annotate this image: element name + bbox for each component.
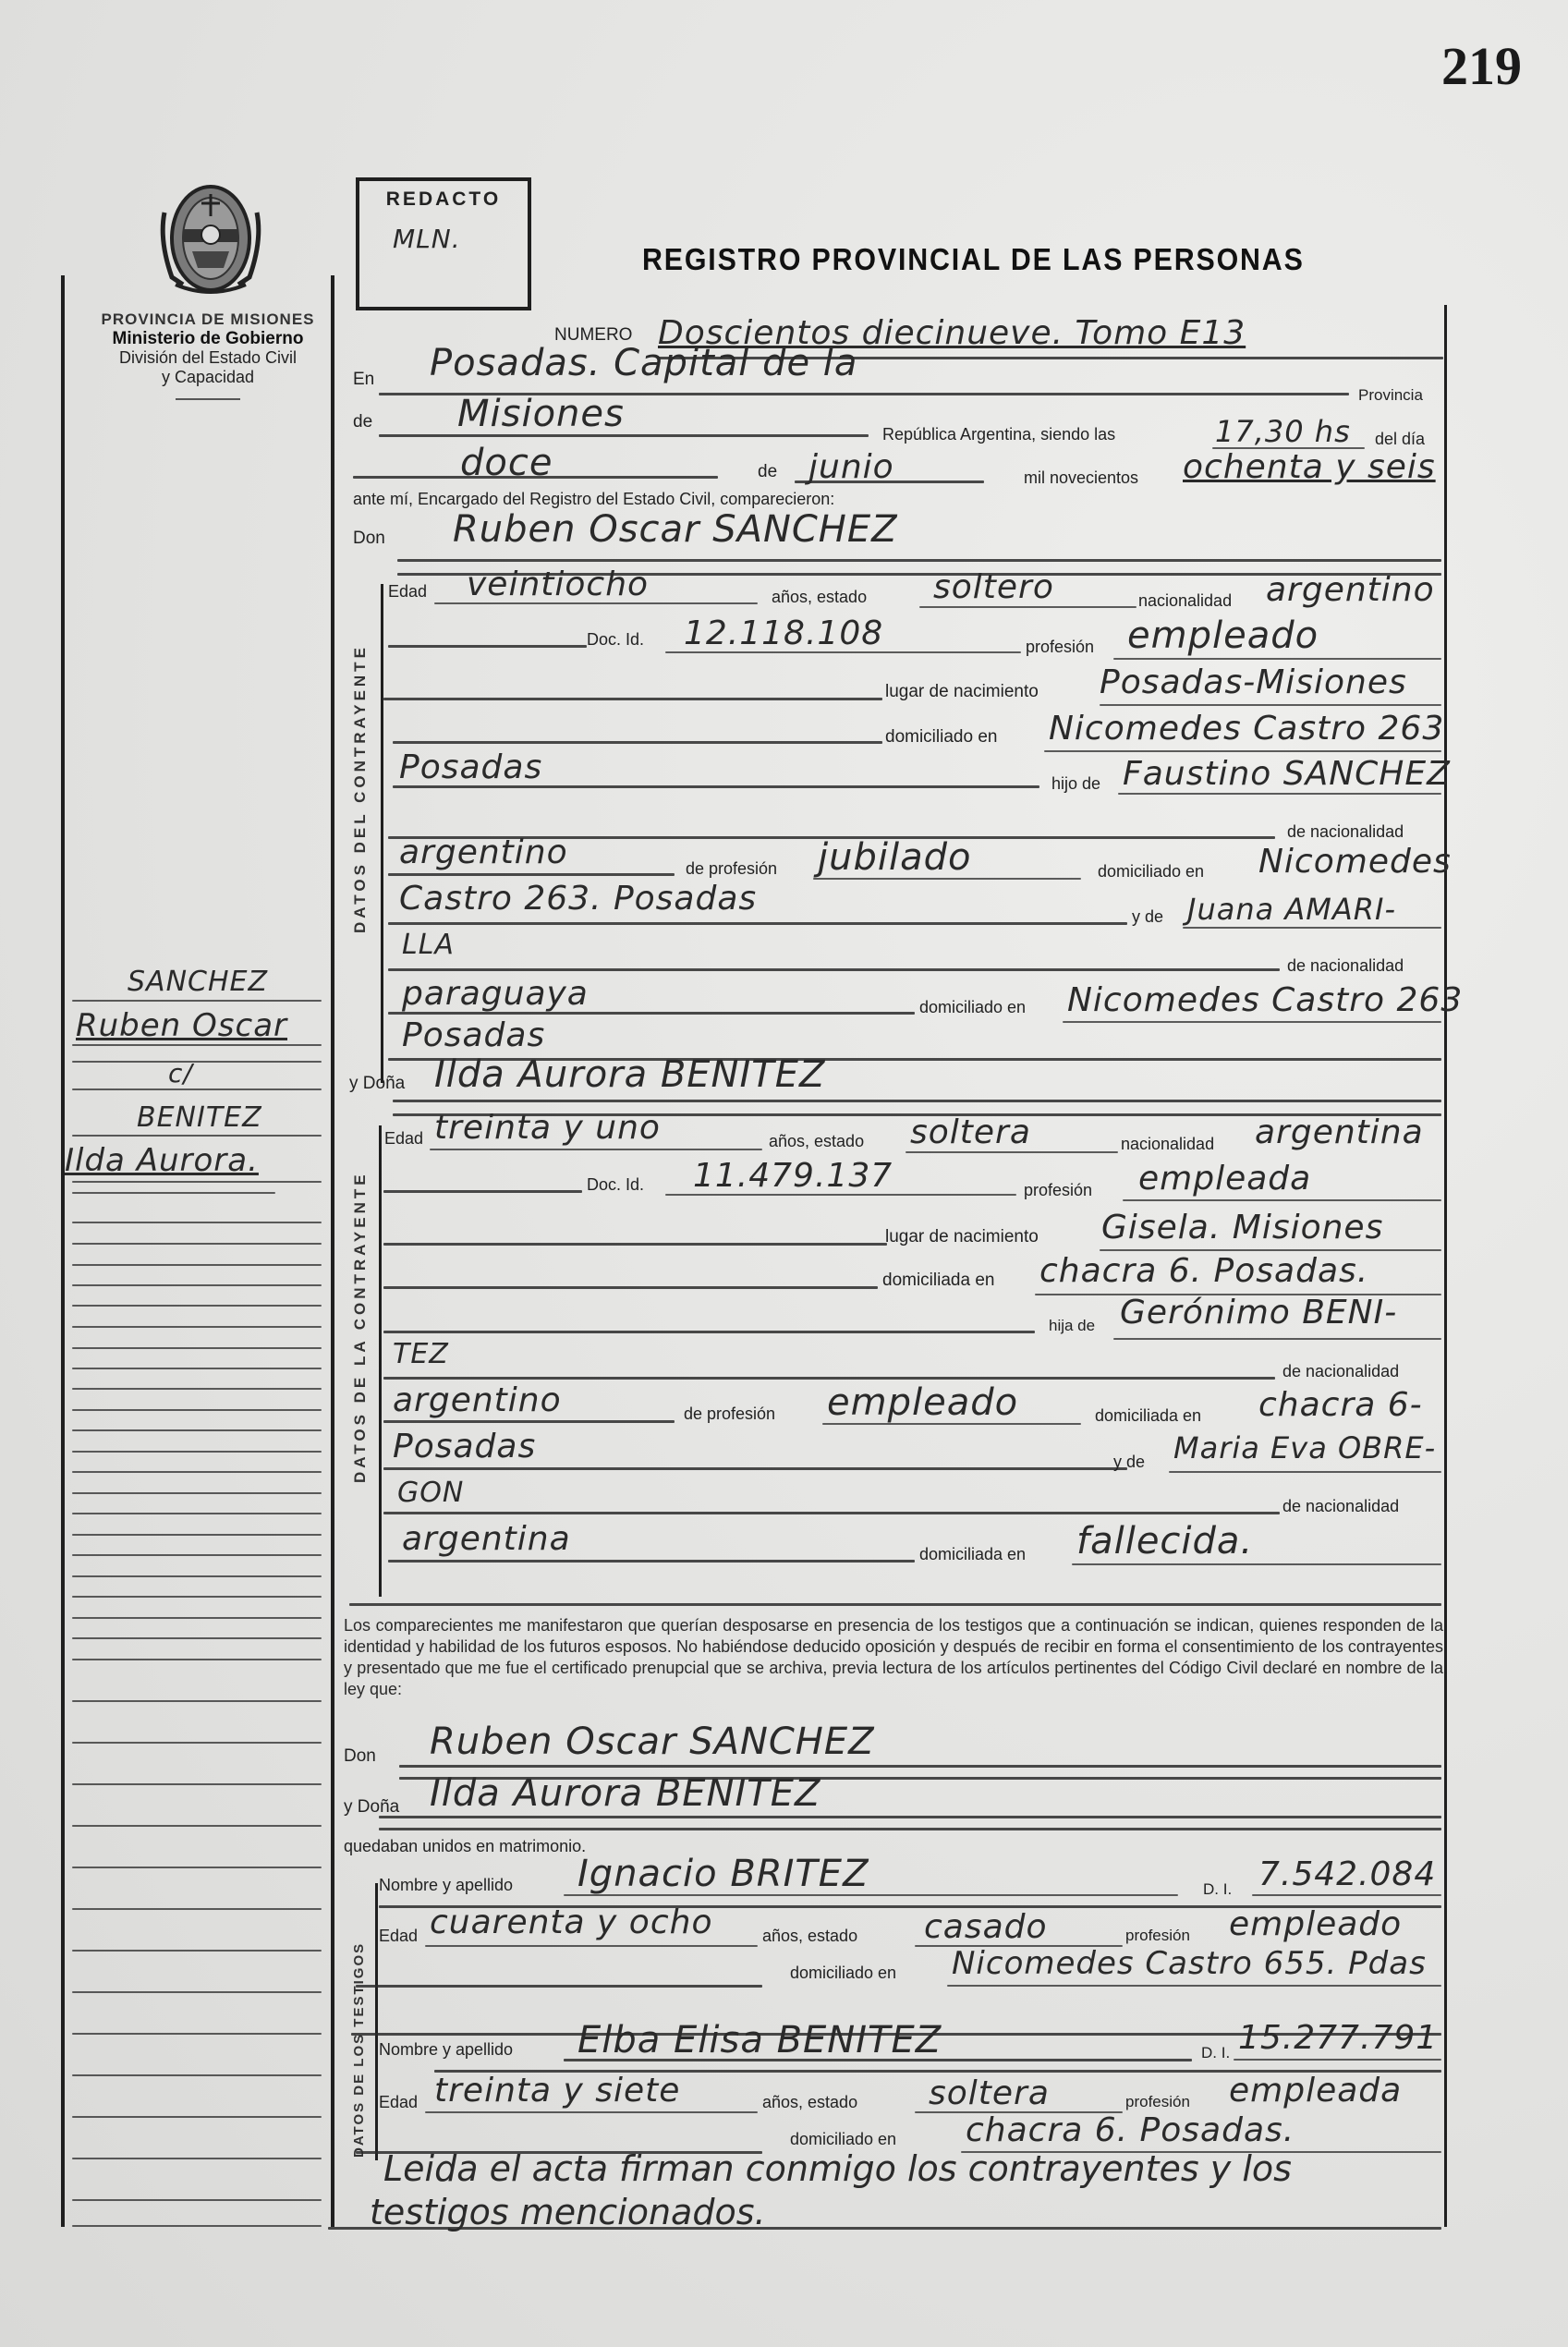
redacto-initials: MLN.	[393, 224, 528, 254]
profesion-line	[1113, 658, 1441, 660]
margin-note-name-2: Ilda Aurora.	[65, 1142, 259, 1179]
section-label-contrayente: DATOS DEL CONTRAYENTE	[351, 644, 370, 933]
document-title: REGISTRO PROVINCIAL DE LAS PERSONAS	[642, 242, 1305, 277]
de-mes-label: de	[758, 462, 777, 482]
madre-nac-label-2: de nacionalidad	[1282, 1497, 1399, 1516]
en-label: En	[353, 370, 374, 390]
redacto-label: REDACTO	[359, 188, 528, 211]
contrayente-nacionalidad: argentino	[1266, 571, 1435, 609]
margin-note-surname-2: BENITEZ	[137, 1101, 262, 1134]
lugar-prefix-line	[383, 698, 882, 700]
margin-note-conjunction: c/	[168, 1058, 193, 1088]
closing-note-line	[328, 2227, 1441, 2230]
anio-value: ochenta y seis	[1183, 448, 1436, 486]
hija-prefix-line	[383, 1331, 1035, 1333]
nacionalidad-label: nacionalidad	[1138, 591, 1232, 611]
mes-line	[795, 480, 984, 483]
contrayenta-end-line	[349, 1603, 1441, 1606]
contrayenta-padre-profesion: empleado	[827, 1381, 1018, 1424]
contrayenta-edad: treinta y uno	[434, 1109, 661, 1147]
mil-label: mil novecientos	[1024, 468, 1138, 488]
issuer-ministry: Ministerio de Gobierno	[79, 329, 337, 348]
dona-line	[393, 1100, 1441, 1102]
contrayenta-padre-domicilio-1: chacra 6-	[1258, 1386, 1423, 1424]
domicilio-2-line	[393, 785, 1039, 788]
padre-domicilio-line	[388, 922, 1127, 925]
madre-line	[1183, 927, 1441, 929]
nacionalidad-label-2: nacionalidad	[1121, 1135, 1214, 1154]
lugar-label: lugar de nacimiento	[885, 682, 1039, 702]
contrayenta-estado: soltera	[910, 1113, 1031, 1151]
estado-line	[919, 606, 1136, 608]
madre-nac-line	[388, 1012, 915, 1015]
testigo-2-edad: treinta y siete	[434, 2072, 680, 2110]
issuer-division: División del Estado Civil	[79, 348, 337, 368]
anios-estado-label-2: años, estado	[769, 1132, 864, 1151]
padre-nac-line	[388, 873, 675, 876]
testigo-1-di-line	[1252, 1894, 1441, 1896]
contrayente-madre-2: LLA	[402, 929, 455, 961]
madre-nac-prefix-line-2	[383, 1512, 1280, 1514]
testigo-2-di-label: D. I.	[1201, 2044, 1230, 2062]
dona-label: y Doña	[349, 1074, 405, 1094]
contrayenta-madre-domicilio: fallecida.	[1076, 1520, 1253, 1563]
madre-nac-prefix-line	[388, 968, 1280, 971]
y-de-label: y de	[1132, 907, 1163, 927]
testigo-1-nombre-line	[564, 1894, 1178, 1896]
domicilio-prefix-line-2	[383, 1286, 878, 1289]
profesion-label: profesión	[1026, 638, 1094, 657]
doc-prefix-line	[388, 645, 587, 648]
don-line	[397, 559, 1441, 562]
contrayente-estado: soltero	[933, 568, 1054, 606]
testigo-1-dom-prefix-line	[356, 1985, 762, 1988]
padre-nac-prefix-line-2	[383, 1377, 1275, 1380]
declaration-don-label: Don	[344, 1746, 376, 1767]
madre-domicilio-line-2	[1072, 1563, 1441, 1565]
ante-mi-text: ante mí, Encargado del Registro del Esta…	[353, 490, 834, 509]
domicilio-prefix-line	[393, 741, 882, 744]
declaration-dona-line-2	[379, 1828, 1441, 1830]
declaration-dona-line	[379, 1816, 1441, 1818]
section-label-contrayenta: DATOS DE LA CONTRAYENTE	[351, 1171, 370, 1483]
testigo-2-di: 15.277.791	[1238, 2019, 1438, 2057]
padre-profesion-label: de profesión	[686, 859, 777, 879]
redacto-box: REDACTO MLN.	[356, 177, 531, 310]
declaration-dona-label: y Doña	[344, 1797, 399, 1818]
edad-label-2: Edad	[384, 1129, 423, 1149]
lugar-line	[1100, 704, 1441, 706]
madre-domicilio-label-2: domiciliada en	[919, 1545, 1026, 1564]
madre-domicilio-1: Nicomedes Castro 263	[1067, 981, 1463, 1019]
y-de-label-2: y de	[1113, 1453, 1145, 1472]
testigo-2-nombre-label: Nombre y apellido	[379, 2040, 513, 2060]
republica-label: República Argentina, siendo las	[882, 425, 1115, 444]
contrayenta-padre-1: Gerónimo BENI-	[1120, 1294, 1397, 1332]
madre-line-2	[1169, 1471, 1441, 1473]
contrayenta-madre-1: Maria Eva OBRE-	[1173, 1430, 1436, 1465]
madre-nacionalidad: paraguaya	[402, 975, 589, 1013]
margin-column-divider	[331, 275, 334, 2227]
estado-line-2	[906, 1151, 1118, 1153]
left-margin-border	[61, 275, 65, 2227]
contrayenta-domicilio: chacra 6. Posadas.	[1039, 1252, 1368, 1290]
testigo-1-nombre: Ignacio BRITEZ	[577, 1853, 869, 1895]
padre-profesion-line	[813, 878, 1081, 880]
declaration-don-value: Ruben Oscar SANCHEZ	[430, 1721, 875, 1763]
contrayente-domicilio-1: Nicomedes Castro 263	[1049, 710, 1444, 748]
anios-estado-label: años, estado	[772, 588, 867, 607]
contrayenta-padre-nacionalidad: argentino	[393, 1381, 562, 1419]
contrayenta-padre-2: TEZ	[393, 1338, 449, 1370]
contrayente-madre-1: Juana AMARI-	[1187, 892, 1396, 927]
padre-line-2	[1113, 1338, 1441, 1340]
margin-note-name-1: Ruben Oscar	[76, 1007, 287, 1044]
testigo-1-estado: casado	[924, 1908, 1048, 1946]
form-right-border	[1444, 305, 1447, 2227]
testigo-2-di-line	[1234, 2059, 1441, 2061]
contrayenta-bracket	[379, 1125, 382, 1597]
page-number: 219	[1441, 35, 1522, 97]
padre-nac-line-2	[383, 1420, 675, 1423]
contrayente-padre: Faustino SANCHEZ	[1123, 755, 1451, 793]
padre-domicilio-2: Castro 263. Posadas	[399, 880, 757, 918]
testigo-2-estado: soltera	[929, 2074, 1050, 2112]
testigo-2-edad-label: Edad	[379, 2093, 418, 2112]
edad-line	[434, 602, 758, 604]
contrayente-lugar: Posadas-Misiones	[1100, 663, 1407, 701]
contrayenta-padre-domicilio-2: Posadas	[393, 1428, 536, 1465]
testigo-2-nombre-line	[564, 2059, 1192, 2061]
padre-line	[1118, 793, 1441, 795]
contrayenta-nacionalidad: argentina	[1255, 1113, 1424, 1151]
madre-domicilio-line	[1063, 1021, 1441, 1023]
doc-prefix-line-2	[383, 1190, 582, 1193]
de-label: de	[353, 412, 372, 432]
testigo-1-domicilio-line	[947, 1985, 1441, 1987]
contrayenta-profesion: empleada	[1138, 1160, 1311, 1198]
padre-domicilio-label-2: domiciliada en	[1095, 1406, 1201, 1426]
padre-profesion-line-2	[822, 1423, 1081, 1425]
testigo-1-edad-line	[425, 1945, 758, 1947]
doc-label: Doc. Id.	[587, 630, 644, 650]
testigo-2-profesion-label: profesión	[1125, 2093, 1190, 2111]
issuer-province: PROVINCIA DE MISIONES	[79, 310, 337, 329]
testigo-2-domicilio: chacra 6. Posadas.	[966, 2111, 1295, 2149]
del-dia-label: del día	[1375, 430, 1425, 449]
madre-nac-label: de nacionalidad	[1287, 956, 1404, 976]
issuer-divider	[176, 398, 240, 400]
padre-profesion-label-2: de profesión	[684, 1405, 775, 1424]
contrayenta-lugar: Gisela. Misiones	[1101, 1209, 1383, 1246]
profesion-label-2: profesión	[1024, 1181, 1092, 1200]
provincia-label: Provincia	[1358, 386, 1423, 405]
lugar-prefix-line-2	[383, 1243, 887, 1246]
issuer-block: PROVINCIA DE MISIONES Ministerio de Gobi…	[79, 310, 337, 400]
doc-line-2	[665, 1194, 1016, 1196]
issuer-capacidad: y Capacidad	[79, 368, 337, 387]
contrayente-edad: veintiocho	[467, 565, 649, 603]
testigo-2-estado-label: años, estado	[762, 2093, 857, 2112]
padre-nac-label: de nacionalidad	[1287, 822, 1404, 842]
testigo-1-di: 7.542.084	[1258, 1855, 1436, 1893]
doc-line	[665, 651, 1021, 653]
de-value: Misiones	[457, 393, 625, 435]
contrayente-profesion: empleado	[1127, 614, 1319, 657]
contrayenta-doc: 11.479.137	[693, 1157, 893, 1195]
padre-domicilio-label: domiciliado en	[1098, 862, 1204, 882]
testigo-2-nombre: Elba Elisa BENITEZ	[577, 2019, 942, 2061]
contrayente-nombre: Ruben Oscar SANCHEZ	[453, 508, 898, 551]
section-label-testigos: DATOS DE LOS TESTIGOS	[351, 1942, 367, 2158]
padre-domicilio-1: Nicomedes	[1258, 843, 1452, 881]
testigo-1-nombre-label: Nombre y apellido	[379, 1876, 513, 1895]
contrayente-bracket	[381, 584, 383, 1083]
hora-value: 17,30 hs	[1215, 414, 1351, 449]
padre-profesion: jubilado	[818, 836, 971, 879]
hijo-de-label: hijo de	[1051, 774, 1100, 794]
padre-nac-label-2: de nacionalidad	[1282, 1362, 1399, 1381]
testigo-1-profesion-label: profesión	[1125, 1927, 1190, 1945]
doc-label-2: Doc. Id.	[587, 1175, 644, 1195]
contrayenta-nombre: Ilda Aurora BENITEZ	[434, 1053, 825, 1096]
testigo-2-edad-line	[425, 2111, 758, 2113]
lugar-line-2	[1100, 1249, 1441, 1251]
hija-de-label: hija de	[1049, 1317, 1095, 1335]
de-line	[379, 434, 869, 437]
testigo-1-domicilio-label: domiciliado en	[790, 1964, 896, 1983]
declaration-don-line	[399, 1765, 1441, 1768]
testigo-1-estado-label: años, estado	[762, 1927, 857, 1946]
contrayente-domicilio-2: Posadas	[399, 748, 542, 786]
dia-line	[353, 476, 718, 479]
en-value: Posadas. Capital de la	[430, 342, 857, 384]
domicilio-label: domiciliado en	[885, 727, 997, 748]
lugar-label-2: lugar de nacimiento	[885, 1227, 1039, 1247]
padre-domicilio-line-2	[383, 1467, 1127, 1470]
declaration-closing: quedaban unidos en matrimonio.	[344, 1837, 586, 1856]
don-label: Don	[353, 529, 385, 549]
padre-nacionalidad: argentino	[399, 833, 568, 871]
domicilio-line	[1044, 750, 1441, 752]
testigo-1-edad-label: Edad	[379, 1927, 418, 1946]
madre-nac-line-2	[388, 1560, 915, 1563]
madre-domicilio-label: domiciliado en	[919, 998, 1026, 1017]
profesion-line-2	[1123, 1199, 1441, 1201]
declaration-dona-value: Ilda Aurora BENITEZ	[430, 1772, 820, 1815]
edad-label: Edad	[388, 582, 427, 602]
testigo-1-profesion: empleado	[1229, 1905, 1402, 1943]
declaration-paragraph: Los comparecientes me manifestaron que q…	[344, 1615, 1443, 1700]
testigo-2-profesion: empleada	[1229, 2072, 1402, 2110]
madre-domicilio-2: Posadas	[402, 1016, 545, 1054]
testigo-2-domicilio-label: domiciliado en	[790, 2130, 896, 2149]
testigo-1-edad: cuarenta y ocho	[430, 1903, 712, 1941]
contrayente-doc: 12.118.108	[684, 614, 883, 652]
contrayenta-madre-nacionalidad: argentina	[402, 1520, 571, 1558]
coat-of-arms-icon	[155, 176, 266, 300]
domicilio-label-2: domiciliada en	[882, 1271, 994, 1291]
closing-note-line-1: Leida el acta firman conmigo los contray…	[383, 2148, 1292, 2189]
margin-note-surname-1: SANCHEZ	[128, 966, 268, 998]
contrayenta-madre-2: GON	[397, 1477, 464, 1509]
testigo-1-domicilio: Nicomedes Castro 655. Pdas	[952, 1945, 1427, 1982]
testigos-bracket	[375, 1883, 378, 2160]
testigo-1-di-label: D. I.	[1203, 1880, 1232, 1899]
edad-line-2	[430, 1149, 762, 1150]
